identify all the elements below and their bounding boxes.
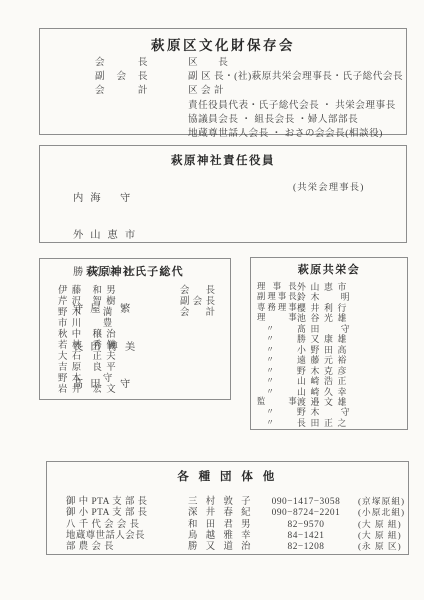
member-name: 伊 藤 和 男 (58, 286, 117, 297)
organization-row: 八 千 代 会 会 長 和 田 君 男 82−9570 (大 原 組) (66, 519, 404, 530)
member-name: 小 野 田 高 (297, 345, 348, 355)
member-role: 監事 (257, 397, 297, 407)
member-name: 野 木 克 彦 (297, 366, 348, 376)
member-row: 専務理事 櫻 井 利 行 (257, 303, 405, 313)
member-name: 渡 邉 文 雄 (297, 397, 348, 407)
member-name: 大 石 正 夫 (58, 352, 117, 363)
section-title: 萩原神社氏子総代 (40, 259, 230, 279)
org-person-name: 深 井 春 紀 (188, 508, 258, 518)
group-label: (大 原 組) (354, 530, 404, 540)
org-person-name: 三 村 敦 子 (188, 497, 258, 507)
member-name: 長 田 正 之 (297, 418, 348, 428)
role-row: 会計 区 会 計 (95, 84, 402, 98)
scanned-document-page: 萩原区文化財保存会 会長 区 長 副会長 副 区 長・(社)萩原共栄会理事長・氏… (0, 0, 424, 600)
phone-number: 090−1417−3058 (258, 497, 354, 507)
ditto-mark: 〃 (257, 355, 297, 365)
member-name: 吉 原 良 平 (58, 363, 117, 374)
member-name: 山 崎 浩 正 (297, 376, 348, 386)
member-row: 〃 野 木 克 彦 (257, 366, 405, 376)
phone-number: 82−1208 (258, 542, 354, 552)
role-value: 地蔵尊世話人会長 ・ おさの会会長(相談役) (188, 127, 383, 141)
member-role: 理事長 (257, 282, 297, 292)
ditto-mark: 〃 (257, 376, 297, 386)
role-value: 責任役員代表・氏子総代会長 ・ 共栄会理事長 (188, 99, 396, 113)
org-role: 部 農 会 長 (66, 542, 188, 552)
role-value: 協議員会長 ・ 組長会長 ・婦人部部長 (188, 113, 358, 127)
member-name: 岩 井 宏 文 (58, 385, 117, 396)
member-name: 内 海 守 (73, 193, 137, 205)
section-ujiko-sodai: 萩原神社氏子総代 伊 藤 和 男 会長 芹 沢 智 樹 副会長 野 木 満 会計… (39, 258, 231, 400)
member-role (180, 385, 216, 396)
member-row: 理事長 外 山 恵 市 (257, 282, 405, 292)
member-name: 櫻 井 利 行 (297, 303, 348, 313)
ditto-mark: 〃 (257, 334, 297, 344)
phone-number: 84−1421 (258, 531, 354, 541)
member-row: 岩 井 宏 文 (58, 385, 216, 396)
member-list: 伊 藤 和 男 会長 芹 沢 智 樹 副会長 野 木 満 会計 市 川 豊 秋 … (58, 286, 216, 396)
member-row: 監事 渡 邉 文 雄 (257, 397, 405, 407)
member-row: 〃 髙 田 守 (257, 324, 405, 334)
member-role: 副会長 (180, 297, 216, 308)
member-role (180, 330, 216, 341)
member-role (180, 352, 216, 363)
member-annotation: (共栄会理事長) (293, 179, 365, 193)
ditto-mark: 〃 (257, 345, 297, 355)
org-role: 地蔵尊世話人会長 (66, 531, 188, 541)
role-value: 区 長 (188, 56, 228, 70)
org-role: 御 小 PTA 支 部 長 (66, 508, 188, 518)
member-name: 秋 中 穣 治 (58, 330, 117, 341)
member-name: 野 木 守 (58, 374, 113, 385)
org-person-name: 和 田 君 男 (188, 520, 258, 530)
group-label: (永 原 区) (354, 541, 404, 551)
member-role: 副理事長 (257, 292, 297, 302)
member-name: 池 谷 光 雄 (297, 313, 348, 323)
role-row: 地蔵尊世話人会長 ・ おさの会会長(相談役) (95, 127, 402, 141)
member-row: 〃 山 崎 浩 正 (257, 376, 405, 386)
member-name: 外 山 恵 市 (297, 282, 348, 292)
role-row: 責任役員代表・氏子総代会長 ・ 共栄会理事長 (95, 99, 402, 113)
ditto-mark: 〃 (257, 366, 297, 376)
role-row: 会長 区 長 (95, 56, 402, 70)
role-label (95, 99, 148, 113)
role-value: 区 会 計 (188, 84, 224, 98)
member-role: 専務理事 (257, 303, 297, 313)
member-row: 理事 池 谷 光 雄 (257, 313, 405, 323)
member-name: 山 崎 久 幸 (297, 387, 348, 397)
member-role (180, 363, 216, 374)
member-row: 大 石 正 夫 (58, 352, 216, 363)
section-shrine-responsible-officers: 萩原神社責任役員 内 海 守 外 山 恵 市 勝 又 康 次 守 屋 繁 長 田… (39, 145, 407, 243)
organization-row: 部 農 会 長 勝 又 道 治 82−1208 (永 原 区) (66, 541, 404, 552)
role-list: 会長 区 長 副会長 副 区 長・(社)萩原共栄会理事長・氏子総代会長 会計 区… (95, 56, 402, 141)
member-row: 副理事長 鈴 木 明 (257, 292, 405, 302)
member-name: 鈴 木 明 (297, 292, 351, 302)
organization-row: 御 小 PTA 支 部 長 深 井 春 紀 090−8724−2201 (小原北… (66, 507, 404, 518)
phone-number: 82−9570 (258, 520, 354, 530)
role-value: 副 区 長・(社)萩原共栄会理事長・氏子総代会長 (188, 70, 403, 84)
member-row: 市 川 豊 (58, 319, 216, 330)
member-name: 野 木 満 (58, 308, 113, 319)
member-role (180, 319, 216, 330)
org-person-name: 勝 又 道 治 (188, 542, 258, 552)
organization-row: 地蔵尊世話人会長 鳥 越 雅 幸 84−1421 (大 原 組) (66, 530, 404, 541)
section-title: 萩原区文化財保存会 (40, 29, 406, 54)
role-label: 会長 (95, 56, 148, 70)
section-title: 萩原神社責任役員 (40, 146, 406, 168)
role-label: 会計 (95, 84, 148, 98)
member-row: 野 木 守 (58, 374, 216, 385)
member-name: 髙 田 守 (297, 324, 351, 334)
role-label (95, 127, 148, 141)
member-row: 〃 野 木 守 (257, 407, 405, 417)
member-role: 理事 (257, 313, 297, 323)
role-row: 副会長 副 区 長・(社)萩原共栄会理事長・氏子総代会長 (95, 70, 402, 84)
member-role (180, 374, 216, 385)
member-row: 若 林 秀 儀 (58, 341, 216, 352)
member-name: 勝 又 康 雄 (297, 334, 348, 344)
member-row: 秋 中 穣 治 (58, 330, 216, 341)
member-row: 芹 沢 智 樹 副会長 (58, 297, 216, 308)
role-label: 副会長 (95, 70, 148, 84)
member-row: 伊 藤 和 男 会長 (58, 286, 216, 297)
org-person-name: 鳥 越 雅 幸 (188, 531, 258, 541)
member-row: 吉 原 良 平 (58, 363, 216, 374)
member-name: 遠 藤 元 裕 (297, 355, 348, 365)
role-label (95, 113, 148, 127)
group-label: (京塚原組) (354, 496, 405, 506)
section-title: 各 種 団 体 他 (47, 462, 408, 484)
member-role: 会長 (180, 286, 216, 297)
organization-list: 御 中 PTA 支 部 長 三 村 敦 子 090−1417−3058 (京塚原… (66, 496, 404, 552)
ditto-mark: 〃 (257, 387, 297, 397)
member-name: 若 林 秀 儀 (58, 341, 117, 352)
member-name: 野 木 守 (297, 407, 351, 417)
member-name: 外 山 恵 市 (73, 230, 137, 242)
member-row: 〃 遠 藤 元 裕 (257, 355, 405, 365)
ditto-mark: 〃 (257, 418, 297, 428)
member-name: 芹 沢 智 樹 (58, 297, 117, 308)
section-cultural-preservation-society: 萩原区文化財保存会 会長 区 長 副会長 副 区 長・(社)萩原共栄会理事長・氏… (39, 28, 407, 135)
group-label: (小原北組) (354, 507, 405, 517)
member-role: 会計 (180, 308, 216, 319)
section-title: 萩原共栄会 (251, 258, 407, 277)
section-kyoeikai: 萩原共栄会 理事長 外 山 恵 市 副理事長 鈴 木 明 専務理事 櫻 井 利 … (250, 257, 408, 430)
organization-row: 御 中 PTA 支 部 長 三 村 敦 子 090−1417−3058 (京塚原… (66, 496, 404, 507)
phone-number: 090−8724−2201 (258, 508, 354, 518)
member-list: 理事長 外 山 恵 市 副理事長 鈴 木 明 専務理事 櫻 井 利 行 理事 池… (257, 282, 405, 428)
ditto-mark: 〃 (257, 324, 297, 334)
org-role: 八 千 代 会 会 長 (66, 520, 188, 530)
member-name: 市 川 豊 (58, 319, 113, 330)
member-row: 野 木 満 会計 (58, 308, 216, 319)
member-row: 〃 山 崎 久 幸 (257, 387, 405, 397)
member-row: 〃 小 野 田 高 (257, 345, 405, 355)
member-row: 〃 勝 又 康 雄 (257, 334, 405, 344)
member-role (180, 341, 216, 352)
member-row: 〃 長 田 正 之 (257, 418, 405, 428)
role-row: 協議員会長 ・ 組長会長 ・婦人部部長 (95, 113, 402, 127)
org-role: 御 中 PTA 支 部 長 (66, 497, 188, 507)
section-various-organizations: 各 種 団 体 他 御 中 PTA 支 部 長 三 村 敦 子 090−1417… (46, 461, 409, 555)
group-label: (大 原 組) (354, 519, 404, 529)
ditto-mark: 〃 (257, 407, 297, 417)
